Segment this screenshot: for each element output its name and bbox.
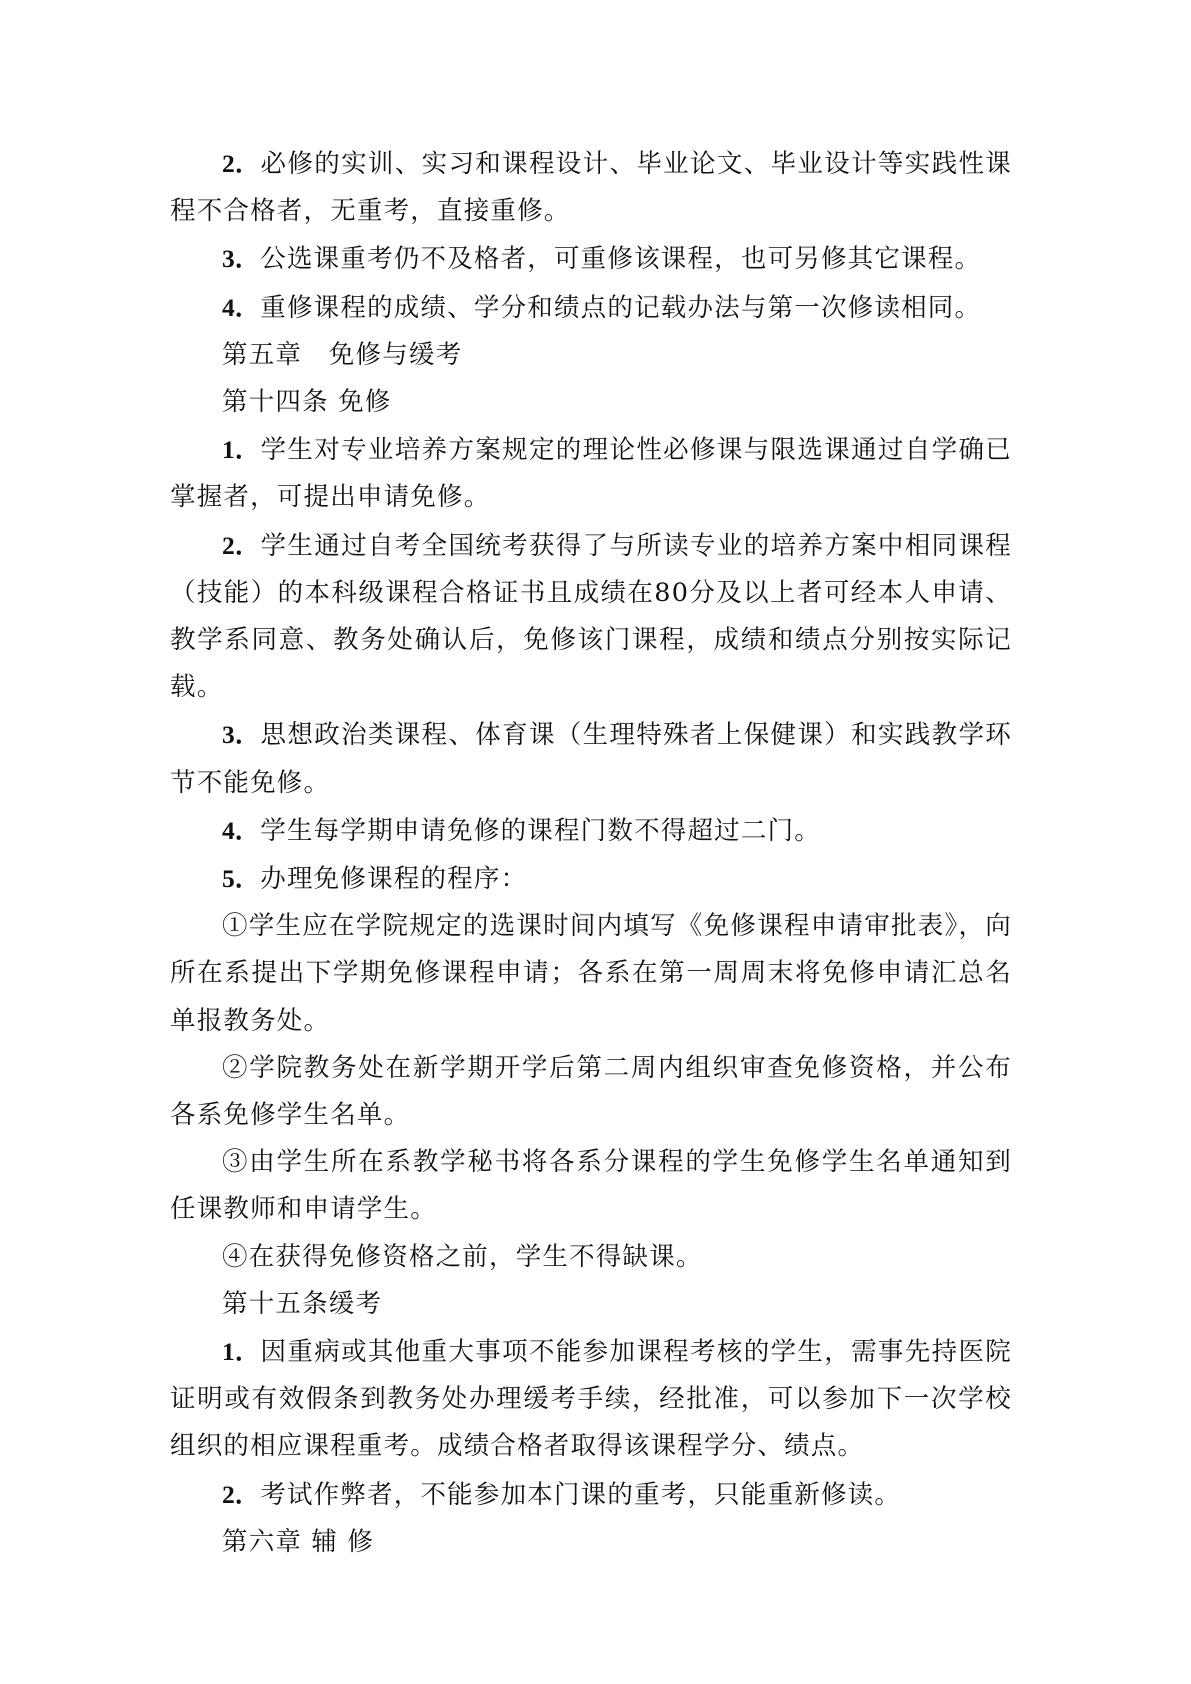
article-heading-14: 第十四条 免修 — [170, 379, 1012, 426]
article-heading-15: 第十五条缓考 — [170, 1281, 1012, 1328]
item-number: 2． — [222, 531, 261, 560]
item-number: 3． — [222, 720, 261, 749]
chapter-heading-6: 第六章 辅 修 — [170, 1519, 1012, 1566]
paragraph-text: 重修课程的成绩、学分和绩点的记载办法与第一次修读相同。 — [260, 293, 981, 323]
chapter-heading-5: 第五章 免修与缓考 — [170, 332, 1012, 379]
item-number: 2． — [222, 149, 261, 178]
item-number: 1． — [222, 435, 261, 464]
paragraph-exemption-3: 3．思想政治类课程、体育课（生理特殊者上保健课）和实践教学环节不能免修。 — [170, 711, 1012, 806]
procedure-step-1: ①学生应在学院规定的选课时间内填写《免修课程申请审批表》，向所在系提出下学期免修… — [170, 903, 1012, 1045]
paragraph-text: 学生通过自考全国统考获得了与所读专业的培养方案中相同课程（技能）的本科级课程合格… — [170, 531, 1012, 703]
document-page: 2．必修的实训、实习和课程设计、毕业论文、毕业设计等实践性课程不合格者，无重考，… — [170, 140, 1012, 1566]
paragraph-exemption-2: 2．学生通过自考全国统考获得了与所读专业的培养方案中相同课程（技能）的本科级课程… — [170, 522, 1012, 712]
item-number: 5． — [222, 864, 260, 893]
procedure-step-2: ②学院教务处在新学期开学后第二周内组织审查免修资格，并公布各系免修学生名单。 — [170, 1045, 1012, 1139]
paragraph-item-4-retake-records: 4．重修课程的成绩、学分和绩点的记载办法与第一次修读相同。 — [170, 284, 1012, 332]
paragraph-exemption-4: 4．学生每学期申请免修的课程门数不得超过二门。 — [170, 807, 1012, 855]
paragraph-text: 思想政治类课程、体育课（生理特殊者上保健课）和实践教学环节不能免修。 — [170, 720, 1012, 797]
item-number: 1． — [222, 1337, 261, 1366]
item-number: 4． — [222, 293, 260, 322]
paragraph-text: 办理免修课程的程序： — [260, 864, 527, 894]
paragraph-deferral-1: 1．因重病或其他重大事项不能参加课程考核的学生，需事先持医院证明或有效假条到教务… — [170, 1328, 1012, 1471]
paragraph-text: 公选课重考仍不及格者，可重修该课程，也可另修其它课程。 — [260, 244, 981, 274]
paragraph-text: 学生每学期申请免修的课程门数不得超过二门。 — [260, 816, 821, 846]
paragraph-item-2-practical-courses: 2．必修的实训、实习和课程设计、毕业论文、毕业设计等实践性课程不合格者，无重考，… — [170, 140, 1012, 235]
paragraph-item-3-elective-retake: 3．公选课重考仍不及格者，可重修该课程，也可另修其它课程。 — [170, 235, 1012, 283]
item-number: 2． — [222, 1480, 260, 1509]
paragraph-text: 因重病或其他重大事项不能参加课程考核的学生，需事先持医院证明或有效假条到教务处办… — [170, 1337, 1012, 1461]
paragraph-exemption-1: 1．学生对专业培养方案规定的理论性必修课与限选课通过自学确已掌握者，可提出申请免… — [170, 426, 1012, 521]
paragraph-exemption-5: 5．办理免修课程的程序： — [170, 855, 1012, 903]
paragraph-text: 必修的实训、实习和课程设计、毕业论文、毕业设计等实践性课程不合格者，无重考，直接… — [170, 149, 1012, 226]
paragraph-deferral-2: 2．考试作弊者，不能参加本门课的重考，只能重新修读。 — [170, 1471, 1012, 1519]
item-number: 3． — [222, 244, 260, 273]
procedure-step-4: ④在获得免修资格之前，学生不得缺课。 — [170, 1234, 1012, 1281]
paragraph-text: 学生对专业培养方案规定的理论性必修课与限选课通过自学确已掌握者，可提出申请免修。 — [170, 435, 1012, 512]
paragraph-text: 考试作弊者，不能参加本门课的重考，只能重新修读。 — [260, 1480, 901, 1510]
procedure-step-3: ③由学生所在系教学秘书将各系分课程的学生免修学生名单通知到任课教师和申请学生。 — [170, 1139, 1012, 1233]
item-number: 4． — [222, 816, 260, 845]
